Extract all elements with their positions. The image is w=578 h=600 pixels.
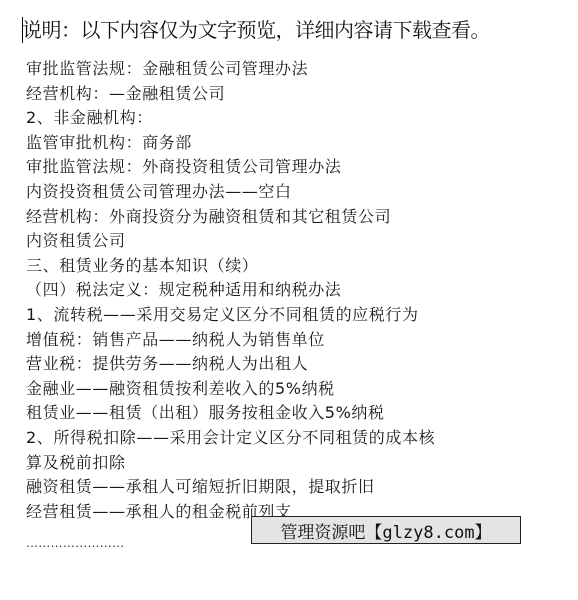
text-line: 算及税前扣除	[26, 451, 435, 476]
text-line: 2、非金融机构：	[26, 106, 435, 131]
text-line: 2、所得税扣除——采用会计定义区分不同租赁的成本核	[26, 426, 435, 451]
text-line: （四）税法定义：规定税种适用和纳税办法	[26, 278, 435, 303]
preview-notice: 说明：以下内容仅为文字预览，详细内容请下载查看。	[22, 16, 490, 44]
text-line: 营业税：提供劳务——纳税人为出租人	[26, 352, 435, 377]
text-line: 审批监管法规：金融租赁公司管理办法	[26, 57, 435, 82]
text-line: 增值税：销售产品——纳税人为销售单位	[26, 328, 435, 353]
text-line: 内资投资租赁公司管理办法——空白	[26, 180, 435, 205]
text-line: 经营机构：外商投资分为融资租赁和其它租赁公司	[26, 205, 435, 230]
text-line: 监管审批机构：商务部	[26, 131, 435, 156]
text-line: 融资租赁——承租人可缩短折旧期限，提取折旧	[26, 475, 435, 500]
document-body: 审批监管法规：金融租赁公司管理办法 经营机构：—金融租赁公司 2、非金融机构： …	[26, 57, 435, 524]
text-line: 经营机构：—金融租赁公司	[26, 82, 435, 107]
text-line: 金融业——融资租赁按利差收入的5%纳税	[26, 377, 435, 402]
text-line: 1、流转税——采用交易定义区分不同租赁的应税行为	[26, 303, 435, 328]
section-heading: 三、租赁业务的基本知识（续）	[26, 254, 435, 279]
text-line: 内资租赁公司	[26, 229, 435, 254]
truncation-ellipsis: ……………………	[26, 536, 124, 550]
text-line: 租赁业——租赁（出租）服务按租金收入5%纳税	[26, 401, 435, 426]
watermark-banner: 管理资源吧【glzy8.com】	[251, 516, 521, 544]
text-line: 审批监管法规：外商投资租赁公司管理办法	[26, 155, 435, 180]
